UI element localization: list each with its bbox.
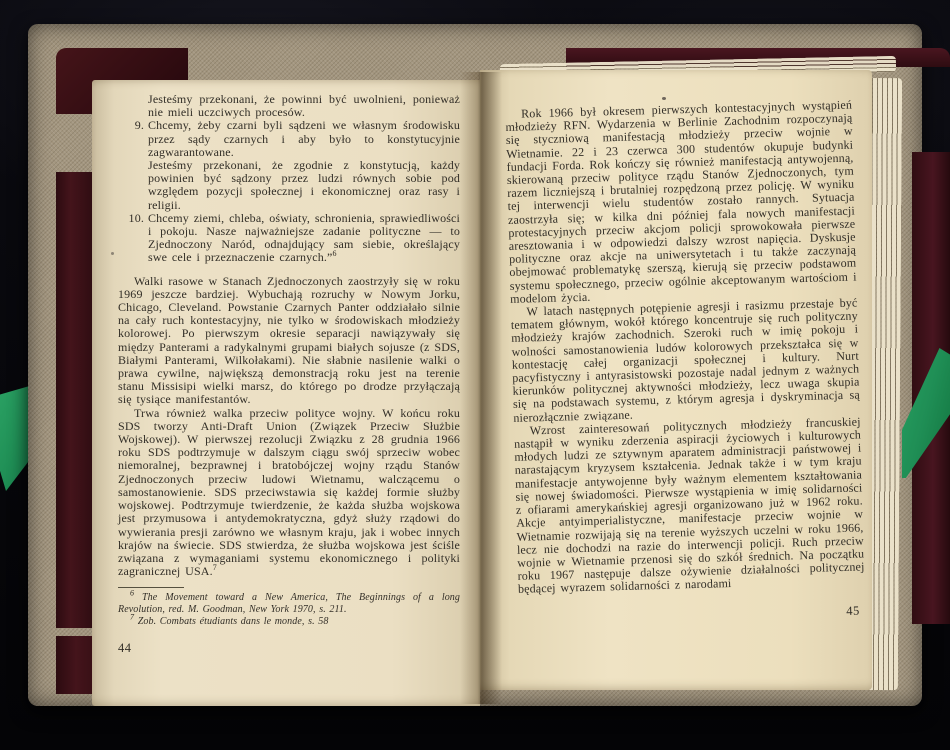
page-number-left: 44 — [118, 642, 460, 655]
list-item-number: 10. — [120, 212, 144, 225]
paragraph: Walki rasowe w Stanach Zjednoczonych zao… — [118, 275, 460, 407]
footnote-rule — [118, 587, 184, 588]
footnotes-section: 6 The Movement toward a New America, The… — [118, 587, 460, 627]
footnote-ref: 7 — [213, 563, 217, 572]
paragraph-text: Wzrost zainteresowań politycznych młodzi… — [514, 414, 865, 596]
open-book: Jesteśmy przekonani, że powinni być uwol… — [0, 0, 950, 750]
footnote: 7 Zob. Combats étudiants dans le monde, … — [118, 616, 460, 628]
book-gutter-shadow — [460, 72, 502, 704]
list-item-text: Jesteśmy przekonani, że powinni być uwol… — [148, 92, 460, 119]
photo-scene: Jesteśmy przekonani, że powinni być uwol… — [0, 0, 950, 750]
list-item-number: 9. — [120, 119, 144, 132]
list-item: Jesteśmy przekonani, że zgodnie z konsty… — [148, 159, 460, 212]
paragraph-text: Trwa również walka przeciw polityce wojn… — [118, 406, 460, 578]
list-item-text: Chcemy ziemi, chleba, oświaty, schronien… — [148, 211, 460, 265]
list-item-text: Jesteśmy przekonani, że zgodnie z konsty… — [148, 158, 460, 212]
numbered-list: Jesteśmy przekonani, że powinni być uwol… — [148, 93, 460, 265]
footnote-text: Zob. Combats étudiants dans le monde, s.… — [138, 616, 329, 627]
paragraph-text: Rok 1966 był okresem pierwszych kontesta… — [505, 98, 857, 306]
paragraph: Rok 1966 był okresem pierwszych kontesta… — [505, 99, 857, 306]
footnote: 6 The Movement toward a New America, The… — [118, 592, 460, 615]
footnote-marker: 7 — [130, 612, 134, 621]
paragraph-text: Walki rasowe w Stanach Zjednoczonych zao… — [118, 274, 460, 407]
footnote-marker: 6 — [130, 589, 134, 598]
footnote-ref: 6 — [333, 249, 337, 258]
paragraph-text: W latach następnych potępienie agresji i… — [511, 296, 860, 425]
paragraph: Trwa również walka przeciw polityce wojn… — [118, 407, 460, 579]
paper-speck — [111, 252, 114, 255]
footnote-text: The Movement toward a New America, The B… — [118, 592, 460, 615]
list-item: 10. Chcemy ziemi, chleba, oświaty, schro… — [148, 212, 460, 265]
paragraph: Wzrost zainteresowań politycznych młodzi… — [514, 415, 866, 596]
left-page-text: Jesteśmy przekonani, że powinni być uwol… — [118, 93, 460, 655]
list-item: 9. Chcemy, żeby czarni byli sądzeni we w… — [148, 119, 460, 159]
right-page-text: Rok 1966 był okresem pierwszych kontesta… — [505, 99, 866, 627]
paragraph: W latach następnych potępienie agresji i… — [510, 297, 860, 425]
paper-speck — [662, 97, 666, 100]
list-item: Jesteśmy przekonani, że powinni być uwol… — [148, 93, 460, 119]
leather-spine-left — [56, 172, 92, 628]
list-item-text: Chcemy, żeby czarni byli sądzeni we włas… — [148, 118, 460, 158]
